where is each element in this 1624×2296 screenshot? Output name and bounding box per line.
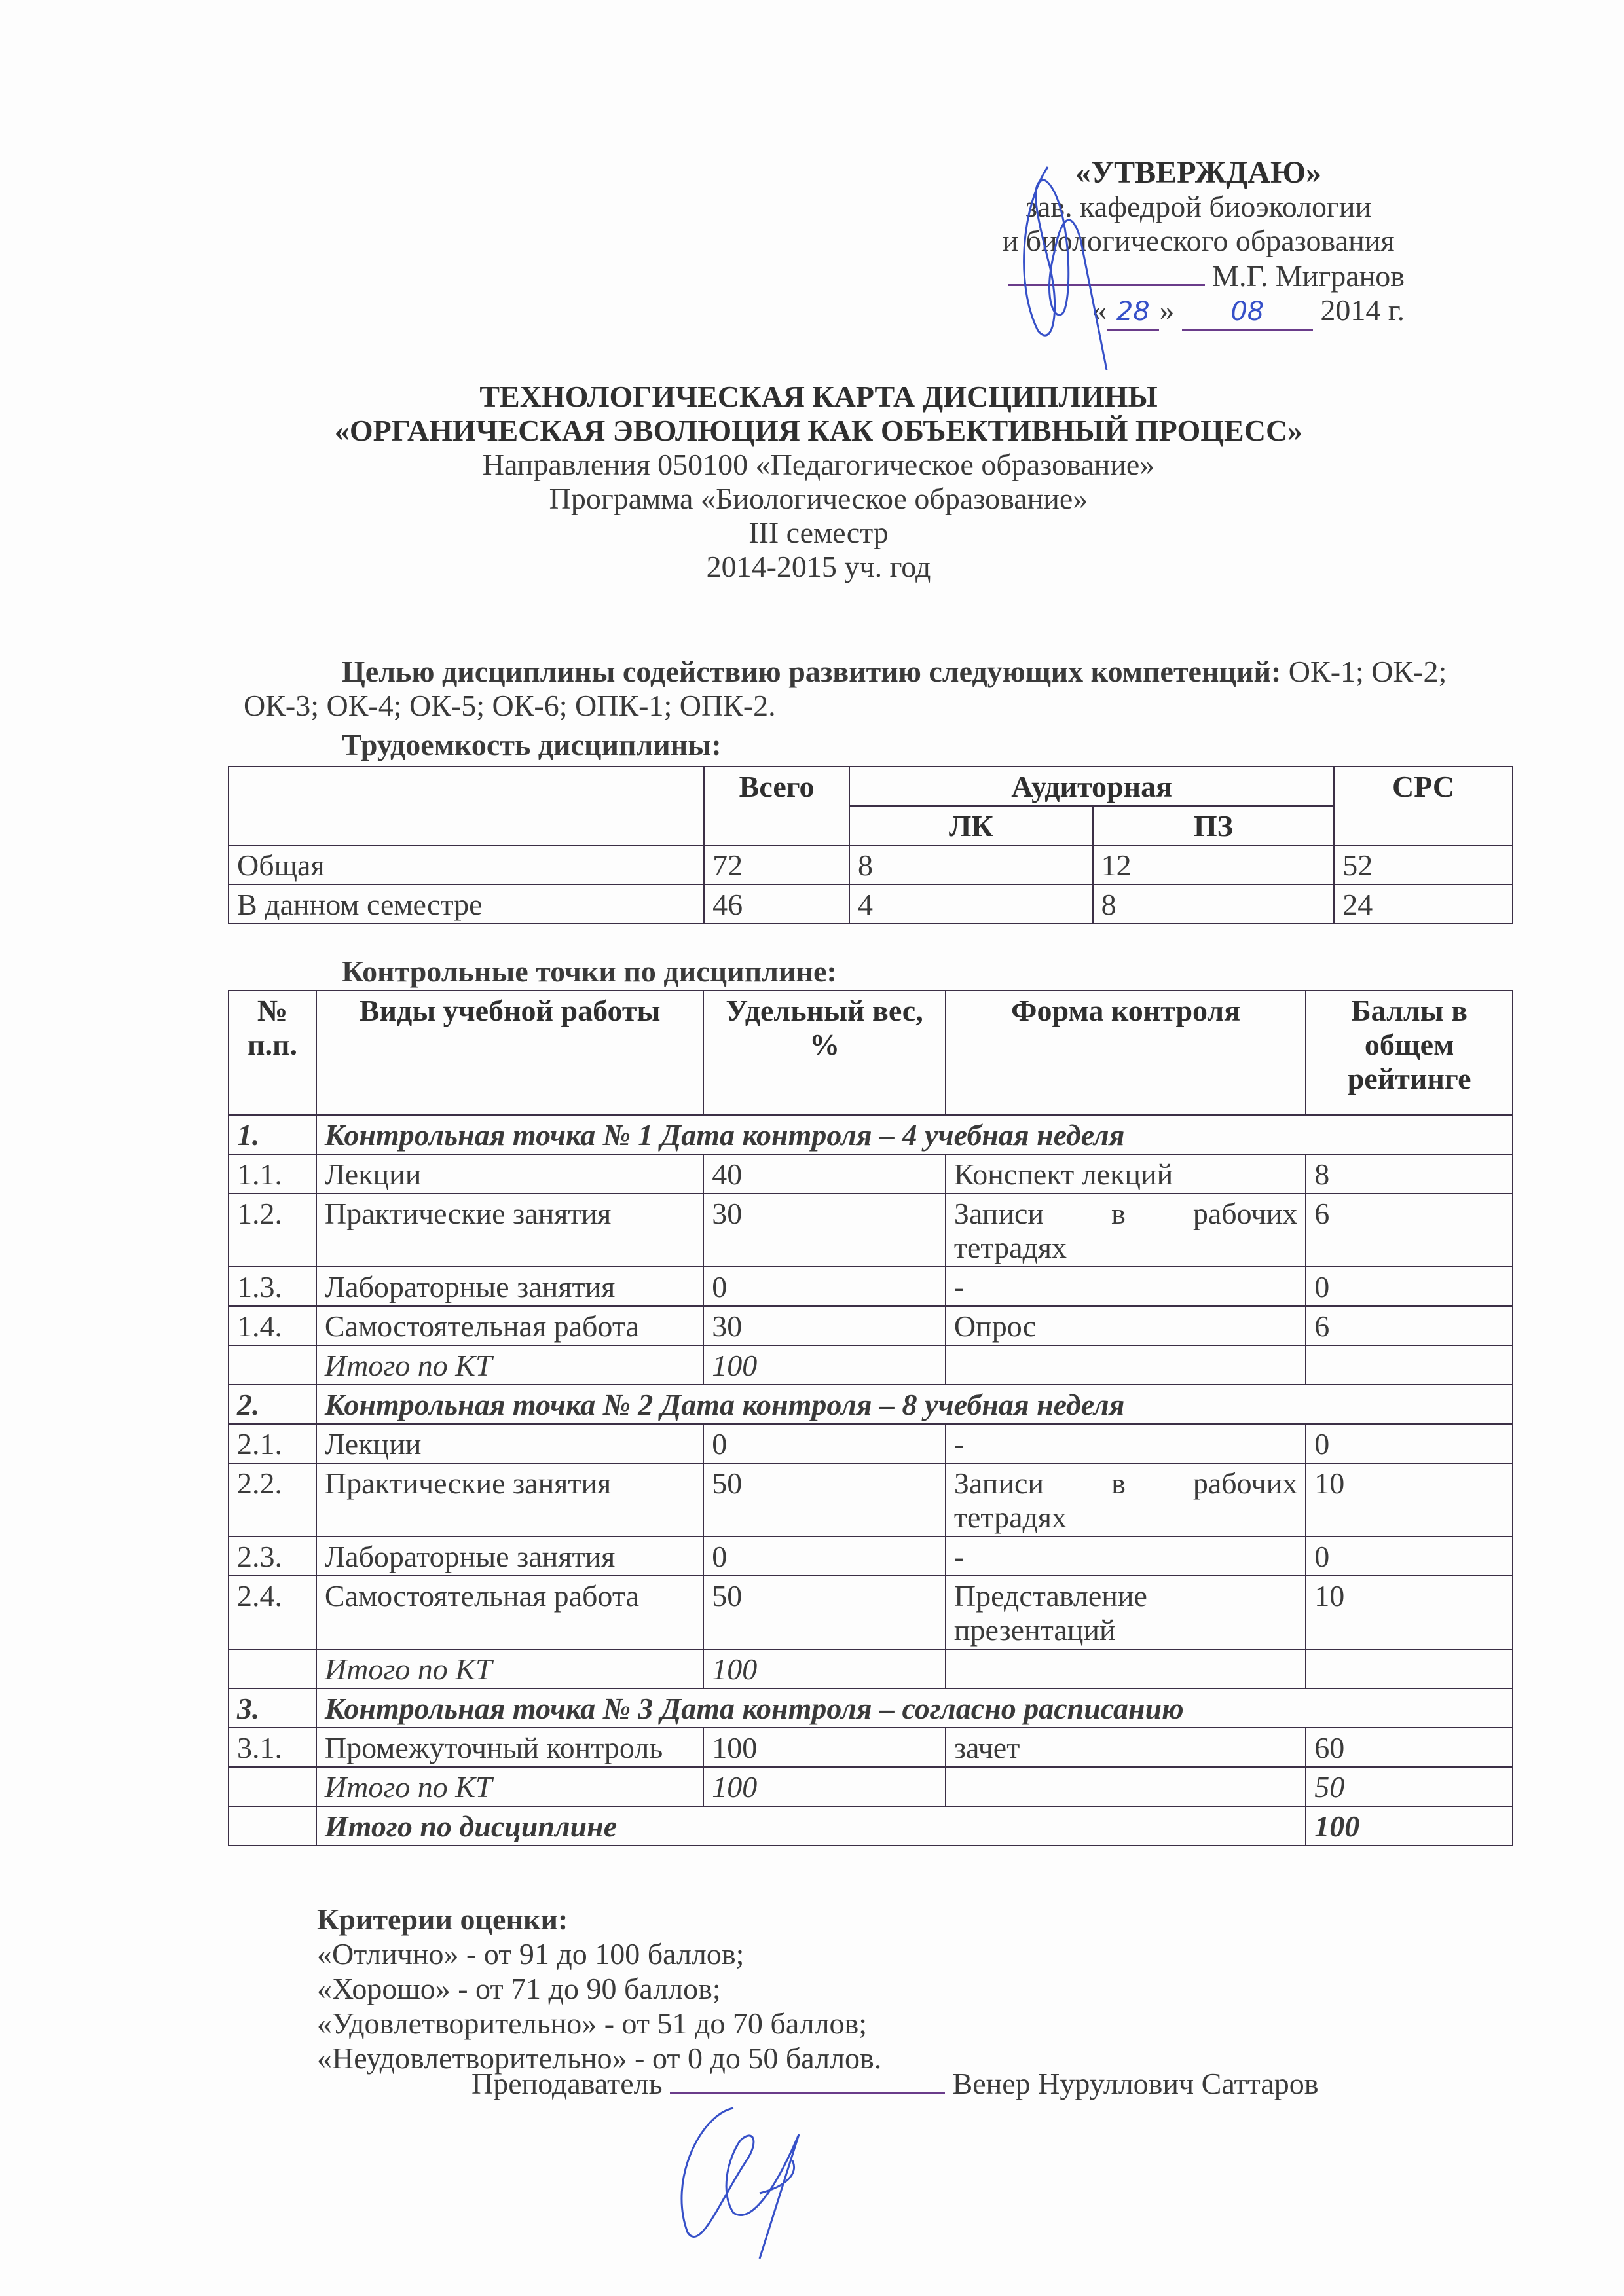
row-type: Практические занятия (316, 1463, 703, 1537)
subtotal-points (1306, 1345, 1513, 1385)
row-weight: 30 (703, 1306, 946, 1345)
subtotal-label: Итого по КТ (316, 1345, 703, 1385)
approver-signature-icon (1008, 154, 1179, 370)
row-form: Опрос (946, 1306, 1306, 1345)
row-form: - (946, 1537, 1306, 1576)
subtotal-weight: 100 (703, 1345, 946, 1385)
workload-header-lk: ЛК (849, 806, 1093, 845)
table-row: В данном семестре 46 4 8 24 (229, 884, 1513, 924)
row-type: Лекции (316, 1424, 703, 1463)
row-num: 1.3. (229, 1267, 316, 1306)
table-row: 3.1.Промежуточный контроль100зачет60 (229, 1728, 1513, 1767)
section-title: Контрольная точка № 2 Дата контроля – 8 … (316, 1385, 1513, 1424)
table-row: 1.1.Лекции40Конспект лекций8 (229, 1154, 1513, 1194)
academic-year: 2014-2015 уч. год (196, 550, 1441, 584)
cell-srs: 24 (1334, 884, 1513, 924)
row-label: Общая (229, 845, 704, 884)
subtotal-row: Итого по КТ100 (229, 1649, 1513, 1688)
table-row: 2.1.Лекции0-0 (229, 1424, 1513, 1463)
cell-lk: 8 (849, 845, 1093, 884)
checkpoints-heading: Контрольные точки по дисциплине: (244, 955, 1521, 989)
cell-pz: 8 (1093, 884, 1335, 924)
subtotal-num (229, 1649, 316, 1688)
section-title: Контрольная точка № 3 Дата контроля – со… (316, 1688, 1513, 1728)
title-block: ТЕХНОЛОГИЧЕСКАЯ КАРТА ДИСЦИПЛИНЫ «ОРГАНИ… (196, 380, 1441, 584)
workload-header-total: Всего (704, 767, 849, 845)
row-weight: 0 (703, 1267, 946, 1306)
checkpoints-table: № п.п. Виды учебной работы Удельный вес,… (228, 990, 1513, 1846)
row-type: Лекции (316, 1154, 703, 1194)
subtotal-form (946, 1767, 1306, 1806)
table-row: 2.4.Самостоятельная работа50Представлени… (229, 1576, 1513, 1649)
discipline-name: «ОРГАНИЧЕСКАЯ ЭВОЛЮЦИЯ КАК ОБЪЕКТИВНЫЙ П… (196, 414, 1441, 448)
grand-total-row: Итого по дисциплине100 (229, 1806, 1513, 1846)
grand-total-label: Итого по дисциплине (316, 1806, 1306, 1846)
date-month: 08 (1182, 295, 1313, 331)
header-weight: Удельный вес, % (703, 991, 946, 1115)
cell-lk: 4 (849, 884, 1093, 924)
teacher-signature-icon (661, 2102, 832, 2259)
subtotal-num (229, 1345, 316, 1385)
section-num: 2. (229, 1385, 316, 1424)
grand-total-num (229, 1806, 316, 1846)
row-num: 2.3. (229, 1537, 316, 1576)
section-title: Контрольная точка № 1 Дата контроля – 4 … (316, 1115, 1513, 1154)
cell-total: 72 (704, 845, 849, 884)
cell-total: 46 (704, 884, 849, 924)
row-type: Самостоятельная работа (316, 1576, 703, 1649)
subtotal-points (1306, 1649, 1513, 1688)
row-form: зачет (946, 1728, 1306, 1767)
criteria-heading: Критерии оценки: (317, 1902, 881, 1937)
section-num: 3. (229, 1688, 316, 1728)
subtotal-row: Итого по КТ10050 (229, 1767, 1513, 1806)
section-row: 3.Контрольная точка № 3 Дата контроля – … (229, 1688, 1513, 1728)
semester: III семестр (196, 516, 1441, 550)
header-form: Форма контроля (946, 991, 1306, 1115)
workload-heading-text: Трудоемкость дисциплины: (342, 728, 722, 761)
row-num: 2.1. (229, 1424, 316, 1463)
row-points: 6 (1306, 1306, 1513, 1345)
program: Программа «Биологическое образование» (196, 482, 1441, 516)
row-num: 1.2. (229, 1194, 316, 1267)
row-num: 1.1. (229, 1154, 316, 1194)
row-type: Лабораторные занятия (316, 1537, 703, 1576)
row-form: - (946, 1424, 1306, 1463)
criteria-item: «Отлично» - от 91 до 100 баллов; (317, 1937, 881, 1971)
subtotal-label: Итого по КТ (316, 1767, 703, 1806)
row-form: - (946, 1267, 1306, 1306)
goal-label: Целью дисциплины содействию развитию сле… (342, 655, 1281, 688)
doc-title: ТЕХНОЛОГИЧЕСКАЯ КАРТА ДИСЦИПЛИНЫ (196, 380, 1441, 414)
row-label: В данном семестре (229, 884, 704, 924)
subtotal-form (946, 1345, 1306, 1385)
header-type: Виды учебной работы (316, 991, 703, 1115)
row-points: 0 (1306, 1267, 1513, 1306)
row-weight: 0 (703, 1537, 946, 1576)
row-num: 2.4. (229, 1576, 316, 1649)
table-row: 1.3.Лабораторные занятия0-0 (229, 1267, 1513, 1306)
workload-header-srs: СРС (1334, 767, 1513, 845)
grand-total-points: 100 (1306, 1806, 1513, 1846)
row-weight: 50 (703, 1463, 946, 1537)
workload-header-auditory: Аудиторная (849, 767, 1334, 806)
goal-paragraph: Целью дисциплины содействию развитию сле… (244, 655, 1521, 723)
subtotal-weight: 100 (703, 1767, 946, 1806)
row-points: 0 (1306, 1537, 1513, 1576)
table-row: 2.3.Лабораторные занятия0-0 (229, 1537, 1513, 1576)
row-weight: 30 (703, 1194, 946, 1267)
row-points: 10 (1306, 1576, 1513, 1649)
table-row: 1.4.Самостоятельная работа30Опрос6 (229, 1306, 1513, 1345)
header-num: № п.п. (229, 991, 316, 1115)
criteria-item: «Хорошо» - от 71 до 90 баллов; (317, 1971, 881, 2006)
subtotal-form (946, 1649, 1306, 1688)
direction: Направления 050100 «Педагогическое образ… (196, 448, 1441, 482)
date-year: 2014 г. (1320, 293, 1405, 327)
workload-header-empty (229, 767, 704, 845)
table-row: Общая 72 8 12 52 (229, 845, 1513, 884)
teacher-signature-blank (670, 2066, 945, 2094)
row-num: 3.1. (229, 1728, 316, 1767)
row-form: Представление презентаций (946, 1576, 1306, 1649)
subtotal-row: Итого по КТ100 (229, 1345, 1513, 1385)
row-points: 60 (1306, 1728, 1513, 1767)
header-points: Баллы в общем рейтинге (1306, 991, 1513, 1115)
teacher-name: Венер Нуруллович Саттаров (953, 2067, 1319, 2100)
teacher-label: Преподаватель (471, 2067, 663, 2100)
row-points: 8 (1306, 1154, 1513, 1194)
criteria-item: «Удовлетворительно» - от 51 до 70 баллов… (317, 2006, 881, 2041)
subtotal-num (229, 1767, 316, 1806)
row-weight: 0 (703, 1424, 946, 1463)
row-num: 2.2. (229, 1463, 316, 1537)
approver-name: М.Г. Мигранов (1212, 259, 1405, 293)
row-points: 10 (1306, 1463, 1513, 1537)
table-row: 1.2.Практические занятия30Записи в рабоч… (229, 1194, 1513, 1267)
workload-table: Всего Аудиторная СРС ЛК ПЗ Общая 72 8 12… (228, 766, 1513, 924)
row-type: Лабораторные занятия (316, 1267, 703, 1306)
row-weight: 50 (703, 1576, 946, 1649)
workload-heading: Трудоемкость дисциплины: (244, 728, 1521, 762)
checkpoints-heading-text: Контрольные точки по дисциплине: (342, 955, 837, 988)
cell-srs: 52 (1334, 845, 1513, 884)
row-form: Записи в рабочих тетрадях (946, 1194, 1306, 1267)
row-num: 1.4. (229, 1306, 316, 1345)
row-form: Конспект лекций (946, 1154, 1306, 1194)
row-points: 0 (1306, 1424, 1513, 1463)
row-weight: 100 (703, 1728, 946, 1767)
row-weight: 40 (703, 1154, 946, 1194)
criteria-block: Критерии оценки: «Отлично» - от 91 до 10… (317, 1902, 881, 2075)
row-form: Записи в рабочих тетрадях (946, 1463, 1306, 1537)
workload-header-pz: ПЗ (1093, 806, 1335, 845)
subtotal-weight: 100 (703, 1649, 946, 1688)
row-type: Практические занятия (316, 1194, 703, 1267)
section-row: 1.Контрольная точка № 1 Дата контроля – … (229, 1115, 1513, 1154)
row-type: Промежуточный контроль (316, 1728, 703, 1767)
subtotal-label: Итого по КТ (316, 1649, 703, 1688)
subtotal-points: 50 (1306, 1767, 1513, 1806)
teacher-line: Преподаватель Венер Нуруллович Саттаров (471, 2066, 1585, 2101)
section-num: 1. (229, 1115, 316, 1154)
table-row: 2.2.Практические занятия50Записи в рабоч… (229, 1463, 1513, 1537)
row-points: 6 (1306, 1194, 1513, 1267)
cell-pz: 12 (1093, 845, 1335, 884)
section-row: 2.Контрольная точка № 2 Дата контроля – … (229, 1385, 1513, 1424)
row-type: Самостоятельная работа (316, 1306, 703, 1345)
